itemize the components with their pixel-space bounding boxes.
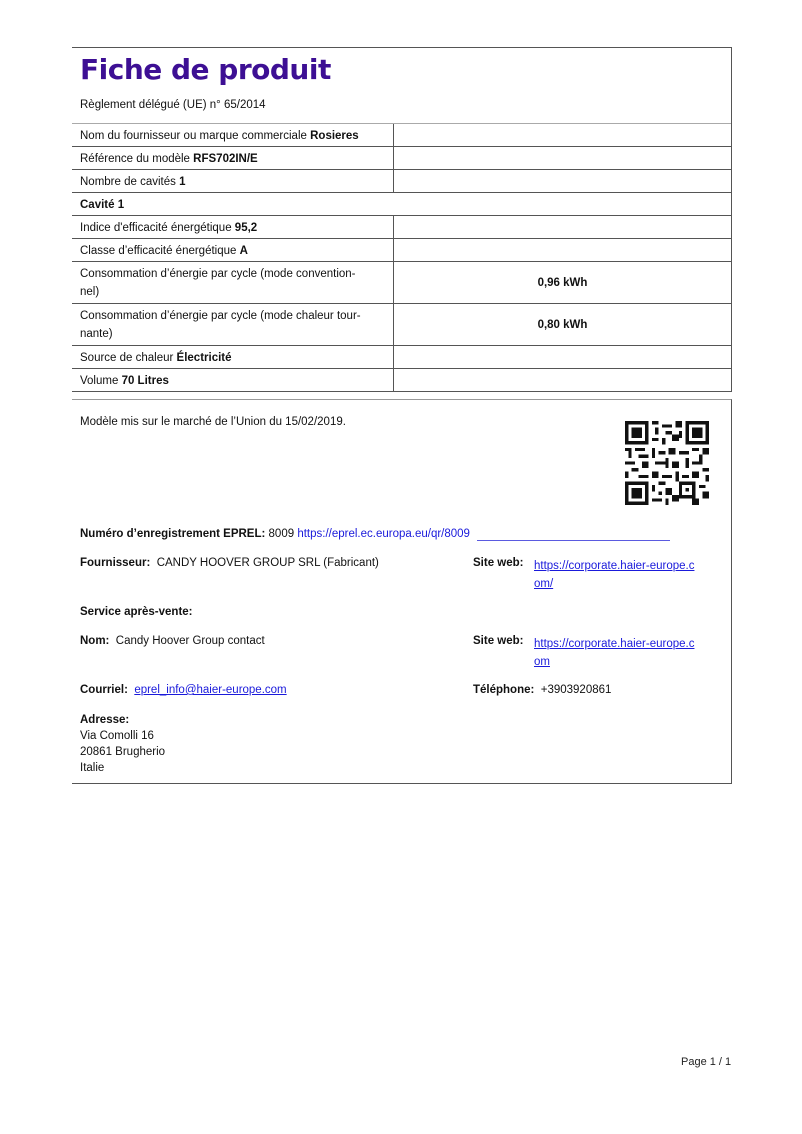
phone-label: Téléphone: [473,684,534,696]
supplier-website-label: Site web: [473,557,523,569]
energy-index-value: 95,2 [235,222,257,234]
phone-value: +3903920861 [541,684,612,696]
energy-index-cell: Indice d'efficacité énergétique 95,2 [72,216,393,238]
cavity-count-cell: Nombre de cavités 1 [72,170,393,192]
eprel-link[interactable]: https://eprel.ec.europa.eu/qr/8009 [297,528,470,540]
address-block: Adresse: Via Comolli 16 20861 Brugherio … [80,712,165,776]
volume-value: 70 Litres [122,375,169,387]
heat-source-value: Électricité [177,352,232,364]
page-title: Fiche de produit [72,48,731,91]
brand-value: Rosieres [310,130,359,142]
table-row: Référence du modèle RFS702IN/E [72,146,731,169]
name-label: Nom: [80,635,109,647]
service-website-link[interactable]: https://corporate.haier-europe.com [534,635,694,671]
table-row: Source de chaleur Électricité [72,345,731,368]
email-link[interactable]: eprel_info@haier-europe.com [134,684,286,696]
table-row: Volume 70 Litres [72,368,731,391]
fan-forced-consumption-value: 0,80 kWh [393,304,731,345]
table-row: Consommation d’énergie par cycle (mode c… [72,261,731,303]
conventional-consumption-label: Consommation d’énergie par cycle (mode c… [72,262,393,303]
value-cell [393,170,731,192]
table-row: Nom du fournisseur ou marque commerciale… [72,123,731,146]
address-line: 20861 Brugherio [80,744,165,760]
page-indicator: Page 1 / 1 [681,1056,731,1068]
table-row: Classe d’efficacité énergétique A [72,238,731,261]
name-value: Candy Hoover Group contact [116,635,265,647]
supplier-info-box: Modèle mis sur le marché de l’Union du 1… [72,399,732,784]
heat-source-cell: Source de chaleur Électricité [72,346,393,368]
value-cell [393,239,731,261]
energy-class-cell: Classe d’efficacité énergétique A [72,239,393,261]
email-row: Courriel: eprel_info@haier-europe.com [80,684,287,696]
volume-cell: Volume 70 Litres [72,369,393,391]
after-sales-heading: Service après-vente: [80,606,193,618]
supplier-website-link[interactable]: https://corporate.haier-europe.com/ [534,557,694,593]
service-website-label: Site web: [473,635,523,647]
value-cell [393,124,731,146]
supplier-row: Fournisseur: CANDY HOOVER GROUP SRL (Fab… [80,557,379,569]
conventional-consumption-value: 0,96 kWh [393,262,731,303]
table-row: Cavité 1 [72,192,731,215]
energy-class-value: A [240,245,248,257]
eprel-underline [477,540,670,541]
table-row: Nombre de cavités 1 [72,169,731,192]
table-row: Indice d'efficacité énergétique 95,2 [72,215,731,238]
model-reference-cell: Référence du modèle RFS702IN/E [72,147,393,169]
email-label: Courriel: [80,684,128,696]
market-date-text: Modèle mis sur le marché de l’Union du 1… [80,416,346,428]
service-name-row: Nom: Candy Hoover Group contact [80,635,265,647]
value-cell [393,369,731,391]
value-cell [393,147,731,169]
cavity-count-value: 1 [179,176,185,188]
cavity-section-heading: Cavité 1 [72,193,731,215]
table-row: Consommation d’énergie par cycle (mode c… [72,303,731,345]
phone-row: Téléphone: +3903920861 [473,684,611,696]
supplier-label: Fournisseur: [80,557,150,569]
supplier-name-cell: Nom du fournisseur ou marque commerciale… [72,124,393,146]
qr-code-icon[interactable] [625,421,709,505]
eprel-number: 8009 [269,528,295,540]
address-line: Via Comolli 16 [80,728,165,744]
eprel-label: Numéro d’enregistrement EPREL: [80,528,265,540]
address-label: Adresse: [80,712,165,728]
value-cell [393,216,731,238]
value-cell [393,346,731,368]
supplier-value: CANDY HOOVER GROUP SRL (Fabricant) [157,557,379,569]
model-value: RFS702IN/E [193,153,258,165]
product-sheet-table: Fiche de produit Règlement délégué (UE) … [72,47,732,392]
regulation-reference: Règlement délégué (UE) n° 65/2014 [72,91,731,123]
eprel-registration: Numéro d’enregistrement EPREL: 8009 http… [80,528,470,540]
fan-forced-consumption-label: Consommation d’énergie par cycle (mode c… [72,304,393,345]
address-line: Italie [80,760,165,776]
